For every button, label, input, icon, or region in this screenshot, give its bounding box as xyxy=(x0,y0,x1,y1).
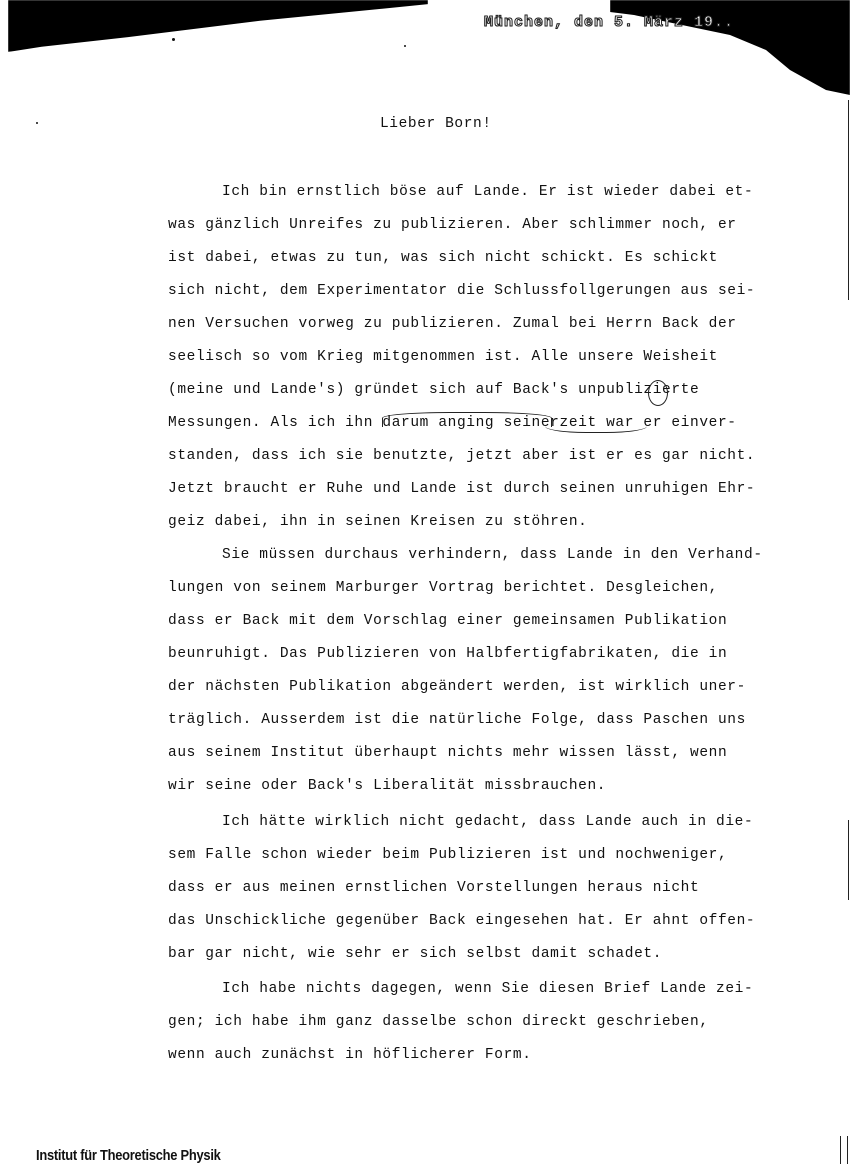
letter-line: Ich bin ernstlich böse auf Lande. Er ist… xyxy=(222,182,753,202)
letter-line: Sie müssen durchaus verhindern, dass Lan… xyxy=(222,545,763,565)
letter-line: geiz dabei, ihn in seinen Kreisen zu stö… xyxy=(168,512,587,532)
letter-line: ist dabei, etwas zu tun, was sich nicht … xyxy=(168,248,718,268)
institute-letterhead: Institut für Theoretische Physik xyxy=(36,1147,221,1164)
handwritten-underline-mark xyxy=(545,416,647,433)
salutation: Lieber Born! xyxy=(380,116,492,132)
letter-line: träglich. Ausserdem ist die natürliche F… xyxy=(168,710,746,730)
letter-line: standen, dass ich sie benutzte, jetzt ab… xyxy=(168,446,755,466)
letter-line: gen; ich habe ihm ganz dasselbe schon di… xyxy=(168,1012,709,1032)
letter-line: (meine und Lande's) gründet sich auf Bac… xyxy=(168,380,699,400)
letter-line: wir seine oder Back's Liberalität missbr… xyxy=(168,776,606,796)
letter-line: nen Versuchen vorweg zu publizieren. Zum… xyxy=(168,314,737,334)
letter-line: dass er aus meinen ernstlichen Vorstellu… xyxy=(168,878,699,898)
letter-line: sem Falle schon wieder beim Publizieren … xyxy=(168,845,727,865)
date-line: München, den 5. März 19.. xyxy=(484,14,734,31)
letter-line: der nächsten Publikation abgeändert werd… xyxy=(168,677,746,697)
scan-shadow-left xyxy=(8,0,428,52)
page-edge-line xyxy=(848,820,849,900)
letter-line: beunruhigt. Das Publizieren von Halbfert… xyxy=(168,644,727,664)
letter-line: seelisch so vom Krieg mitgenommen ist. A… xyxy=(168,347,718,367)
letter-line: was gänzlich Unreifes zu publizieren. Ab… xyxy=(168,215,737,235)
letter-line: das Unschickliche gegenüber Back eingese… xyxy=(168,911,755,931)
letter-line: lungen von seinem Marburger Vortrag beri… xyxy=(168,578,718,598)
scan-speck xyxy=(36,122,38,124)
letter-line: wenn auch zunächst in höflicherer Form. xyxy=(168,1045,532,1065)
letter-line: sich nicht, dem Experimentator die Schlu… xyxy=(168,281,755,301)
letter-page: München, den 5. März 19.. Lieber Born! I… xyxy=(0,0,850,1169)
page-edge-line xyxy=(848,100,849,300)
letter-line: Ich habe nichts dagegen, wenn Sie diesen… xyxy=(222,979,753,999)
page-edge-bracket xyxy=(840,1136,848,1164)
letter-line: aus seinem Institut überhaupt nichts meh… xyxy=(168,743,727,763)
letter-line: bar gar nicht, wie sehr er sich selbst d… xyxy=(168,944,662,964)
letter-line: dass er Back mit dem Vorschlag einer gem… xyxy=(168,611,727,631)
scan-speck xyxy=(172,38,175,41)
letter-line: Messungen. Als ich ihn darum anging sein… xyxy=(168,413,737,433)
scan-speck xyxy=(404,45,406,47)
letter-line: Jetzt braucht er Ruhe und Lande ist durc… xyxy=(168,479,755,499)
letter-line: Ich hätte wirklich nicht gedacht, dass L… xyxy=(222,812,753,832)
